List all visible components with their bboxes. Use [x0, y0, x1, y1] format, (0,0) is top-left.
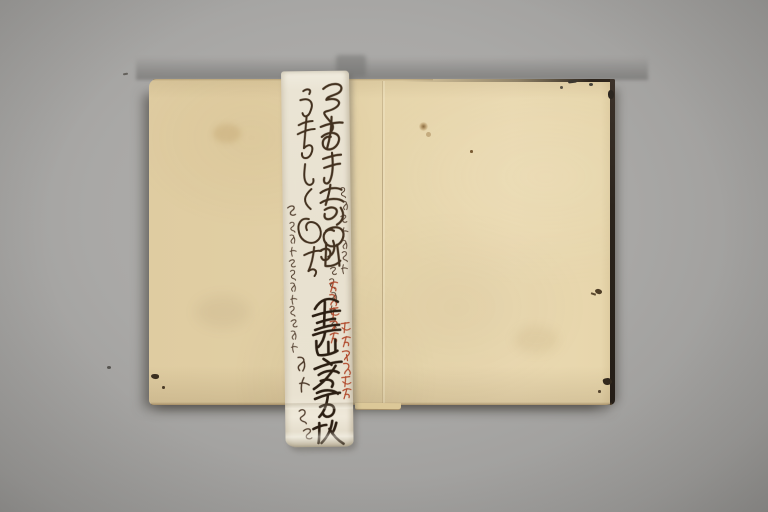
foxing-stain — [426, 132, 431, 137]
title-slip — [281, 71, 354, 448]
surface-speck — [123, 73, 128, 76]
book-dark-edge-top-right — [402, 79, 612, 82]
ink-speck — [598, 390, 601, 393]
slip-bottom-curl — [285, 431, 353, 448]
ink-speck — [589, 83, 593, 86]
foxing-stain — [419, 122, 428, 131]
calligraphy — [281, 71, 354, 448]
calligraphy-main-left-column — [297, 89, 322, 276]
calligraphy-bottom-tally — [312, 299, 344, 444]
center-seam-highlight — [383, 81, 385, 403]
ink-speck — [151, 374, 159, 380]
ink-speck — [162, 386, 165, 389]
foxing-stain — [514, 326, 558, 353]
surface-speck — [107, 366, 111, 369]
underlying-page-edge — [355, 403, 401, 410]
foxing-stain — [213, 124, 241, 143]
book-dark-edge-right — [610, 79, 615, 405]
ink-speck — [608, 90, 614, 99]
photo-caption: Photograph of a closed, aged Japanese bo… — [0, 0, 1, 1]
calligraphy-main-right-column — [318, 84, 344, 266]
book-top-shadow — [136, 57, 648, 80]
foxing-stain — [196, 296, 250, 328]
foxing-stain — [560, 86, 563, 89]
foxing-stain — [470, 150, 473, 153]
slip-fold-crease — [285, 403, 353, 410]
photo-canvas: { "scene": { "description": "Photograph … — [0, 0, 768, 512]
